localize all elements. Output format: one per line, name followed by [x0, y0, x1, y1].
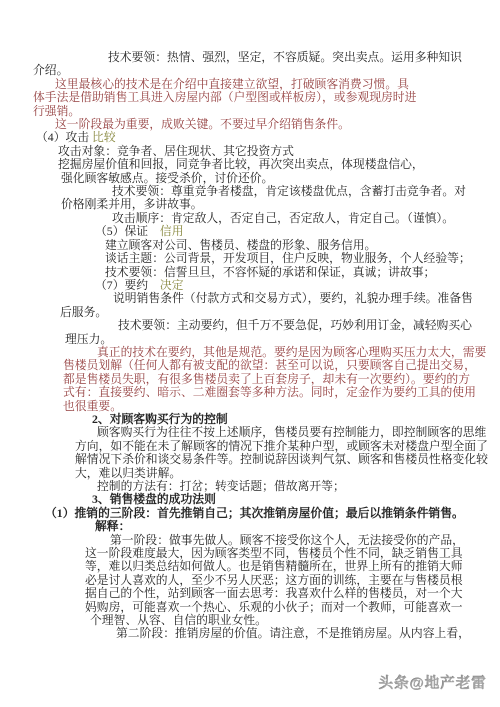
- text-line: 后服务。: [33, 306, 472, 319]
- text-segment: 据自己的个性，站到顾客一面去思考：我喜欢什么样的售楼员，对一个大: [85, 586, 463, 600]
- text-line: 技术要领：热情、强烈，坚定，不容质疑。突出卖点。运用多种知识: [33, 51, 472, 64]
- text-segment: 个理智、从容、自信的职业女性。: [90, 613, 267, 627]
- text-segment: 技术要领：主动要约，但千万不要急促，巧妙利用订金，减轻购买心: [118, 318, 472, 332]
- text-segment: 攻击对象：竞争者、居住现状、其它投资方式: [58, 144, 294, 158]
- text-line: 第一阶段：做事先做人。顾客不接受你这个人，无法接受你的产品，: [33, 534, 472, 547]
- text-line: 这一阶段最为重要，成败关键。不要过早介绍销售条件。: [33, 118, 472, 131]
- text-line: 介绍。: [33, 64, 472, 77]
- text-segment: 2、对顾客购买行为的控制: [92, 412, 228, 426]
- text-line: 解情况下杀价和谈交易条件等。控制说辞因谈判气氛、顾客和售楼员性格变化较: [33, 453, 472, 466]
- text-line: 个理智、从容、自信的职业女性。: [33, 614, 472, 627]
- text-segment: 说明销售条件（付款方式和交易方式），要约，礼貌办理手续。准备售: [113, 291, 473, 305]
- text-segment: 建立顾客对公司、售楼员、楼盘的形象、服务信用。: [105, 238, 376, 252]
- text-segment: （5）保证: [95, 224, 160, 238]
- text-line: 这一阶段难度最大，因为顾客类型不同，售楼员个性不同，缺乏销售工具: [33, 547, 472, 560]
- text-segment: 售楼员划解（任何人都有被支配的欲望：甚至可以说，只要顾客自己提出交易，: [63, 358, 476, 372]
- document-body: 技术要领：热情、强烈，坚定，不容质疑。突出卖点。运用多种知识介绍。这里最核心的技…: [33, 51, 472, 641]
- text-line: 都是售楼员失职，有很多售楼员卖了上百套房子，却未有一次要约）。要约的方: [33, 373, 472, 386]
- text-line: 3、销售楼盘的成功法则: [33, 493, 472, 506]
- text-line: 价格刚柔并用，多讲故事。: [33, 198, 472, 211]
- document-page: 技术要领：热情、强烈，坚定，不容质疑。突出卖点。运用多种知识介绍。这里最核心的技…: [0, 0, 500, 707]
- text-segment: 顾客购买行为往往不按上述顺序，售楼员要有控制能力，即控制顾客的思维: [97, 425, 486, 439]
- text-segment: 比较: [92, 130, 116, 144]
- text-line: （5）保证 信用: [33, 225, 472, 238]
- text-segment: 挖掘房屋价值和回报，同竞争者比较，再次突出卖点，体现楼盘信心，: [58, 157, 424, 171]
- text-segment: 控制的方法有：打岔；转变话题；借故离开等；: [97, 479, 345, 493]
- text-segment: 也很重要。: [63, 399, 122, 413]
- text-line: 攻击顺序：肯定敌人，否定自己，否定敌人，肯定自己。（谨慎）。: [33, 212, 472, 225]
- text-segment: 解情况下杀价和谈交易条件等。控制说辞因谈判气氛、顾客和售楼员性格变化较: [75, 452, 488, 466]
- text-segment: 体手法是借助销售工具进入房屋内部（户型图或样板房），或参观现房时进: [33, 90, 416, 104]
- text-line: （1）推销的三阶段：首先推销自己；其次推销房屋价值；最后以推销条件销售。: [33, 507, 472, 520]
- text-line: 技术要领：主动要约，但千万不要急促，巧妙利用订金，减轻购买心: [33, 319, 472, 332]
- watermark: 头条@地产老雷: [379, 672, 487, 693]
- text-segment: 技术要领：尊重竞争者楼盘，肯定该楼盘优点，含蓄打击竞争者。对: [112, 184, 466, 198]
- text-line: 体手法是借助销售工具进入房屋内部（户型图或样板房），或参观现房时进: [33, 91, 472, 104]
- text-segment: （4）攻击: [36, 130, 92, 144]
- text-line: 攻击对象：竞争者、居住现状、其它投资方式: [33, 145, 472, 158]
- text-line: 式有：直接要约、暗示、二难圈套等多种方法。同时，定金作为要约工具的使用: [33, 386, 472, 399]
- text-segment: 解释：: [95, 519, 130, 533]
- text-line: 控制的方法有：打岔；转变话题；借故离开等；: [33, 480, 472, 493]
- text-segment: 技术要领：信誓旦旦，不容怀疑的承诺和保证，真诚；讲故事；: [105, 265, 435, 279]
- text-segment: 介绍。: [33, 63, 68, 77]
- text-segment: 第二阶段：推销房屋的价值。请注意，不是推销房屋。从内容上看，: [116, 626, 470, 640]
- text-line: 谈话主题：公司背景，开发项目，住户反映，物业服务，个人经验等；: [33, 252, 472, 265]
- text-line: 方向，如不能在未了解顾客的情况下推介某种户型，或顾客未对楼盘户型全面了: [33, 440, 472, 453]
- text-line: 强化顾客敏感点。接受杀价，讨价还价。: [33, 172, 472, 185]
- text-segment: 妈购房，可能喜欢一个热心、乐观的小伙子；而对一个教师，可能喜欢一: [85, 600, 463, 614]
- text-segment: 这一阶段最为重要，成败关键。不要过早介绍销售条件。: [55, 117, 350, 131]
- text-segment: 决定: [160, 278, 184, 292]
- text-line: 技术要领：信誓旦旦，不容怀疑的承诺和保证，真诚；讲故事；: [33, 266, 472, 279]
- text-segment: （7）要约: [95, 278, 160, 292]
- text-line: 技术要领：尊重竞争者楼盘，肯定该楼盘优点，含蓄打击竞争者。对: [33, 185, 472, 198]
- text-segment: 后服务。: [60, 305, 107, 319]
- text-line: 也很重要。: [33, 400, 472, 413]
- text-line: （4）攻击 比较: [33, 131, 472, 144]
- text-segment: 真正的技术在要约，其他是规范。要约是因为顾客心理购买压力太大，需要: [97, 345, 486, 359]
- text-line: 2、对顾客购买行为的控制: [33, 413, 472, 426]
- text-segment: 大，难以归类讲解。: [75, 466, 181, 480]
- text-line: 妈购房，可能喜欢一个热心、乐观的小伙子；而对一个教师，可能喜欢一: [33, 601, 472, 614]
- text-segment: 行强销。: [33, 104, 80, 118]
- text-line: 这里最核心的技术是在介绍中直接建立欲望，打破顾客消费习惯。具: [33, 78, 472, 91]
- text-line: 等，难以归类总结如何做人。也是销售精髓所在，世界上所有的推销大师: [33, 560, 472, 573]
- text-line: 理压力。: [33, 333, 472, 346]
- text-segment: 都是售楼员失职，有很多售楼员卖了上百套房子，却未有一次要约）。要约的方: [63, 372, 470, 386]
- text-line: 售楼员划解（任何人都有被支配的欲望：甚至可以说，只要顾客自己提出交易，: [33, 359, 472, 372]
- text-segment: 式有：直接要约、暗示、二难圈套等多种方法。同时，定金作为要约工具的使用: [63, 385, 476, 399]
- text-line: 顾客购买行为往往不按上述顺序，售楼员要有控制能力，即控制顾客的思维: [33, 426, 472, 439]
- text-segment: （1）推销的三阶段：首先推销自己；其次推销房屋价值；最后以推销条件销售。: [45, 506, 464, 520]
- text-segment: 攻击顺序：肯定敌人，否定自己，否定敌人，肯定自己。（谨慎）。: [112, 211, 454, 225]
- text-segment: 谈话主题：公司背景，开发项目，住户反映，物业服务，个人经验等；: [105, 251, 471, 265]
- text-segment: 技术要领：热情、强烈，坚定，不容质疑。突出卖点。运用多种知识: [108, 50, 462, 64]
- text-line: 据自己的个性，站到顾客一面去思考：我喜欢什么样的售楼员，对一个大: [33, 587, 472, 600]
- text-segment: 信用: [160, 224, 184, 238]
- text-line: 说明销售条件（付款方式和交易方式），要约，礼貌办理手续。准备售: [33, 292, 472, 305]
- text-line: 第二阶段：推销房屋的价值。请注意，不是推销房屋。从内容上看，: [33, 627, 472, 640]
- text-line: （7）要约 决定: [33, 279, 472, 292]
- text-line: 挖掘房屋价值和回报，同竞争者比较，再次突出卖点，体现楼盘信心，: [33, 158, 472, 171]
- text-line: 建立顾客对公司、售楼员、楼盘的形象、服务信用。: [33, 239, 472, 252]
- text-segment: 这里最核心的技术是在介绍中直接建立欲望，打破顾客消费习惯。具: [55, 77, 409, 91]
- text-segment: 必是讨人喜欢的人，至少不另人厌恶；这方面的训练，主要在与售楼员根: [85, 573, 463, 587]
- text-line: 必是讨人喜欢的人，至少不另人厌恶；这方面的训练，主要在与售楼员根: [33, 574, 472, 587]
- text-segment: 这一阶段难度最大，因为顾客类型不同，售楼员个性不同，缺乏销售工具: [85, 546, 463, 560]
- text-segment: 3、销售楼盘的成功法则: [92, 492, 216, 506]
- text-segment: 方向，如不能在未了解顾客的情况下推介某种户型，或顾客未对楼盘户型全面了: [75, 439, 488, 453]
- text-line: 解释：: [33, 520, 472, 533]
- text-line: 大，难以归类讲解。: [33, 467, 472, 480]
- text-segment: 强化顾客敏感点。接受杀价，讨价还价。: [61, 171, 273, 185]
- text-line: 真正的技术在要约，其他是规范。要约是因为顾客心理购买压力太大，需要: [33, 346, 472, 359]
- text-segment: 理压力。: [65, 332, 112, 346]
- text-segment: 第一阶段：做事先做人。顾客不接受你这个人，无法接受你的产品，: [110, 533, 464, 547]
- text-line: 行强销。: [33, 105, 472, 118]
- text-segment: 等，难以归类总结如何做人。也是销售精髓所在，世界上所有的推销大师: [85, 559, 463, 573]
- text-segment: 价格刚柔并用，多讲故事。: [61, 197, 203, 211]
